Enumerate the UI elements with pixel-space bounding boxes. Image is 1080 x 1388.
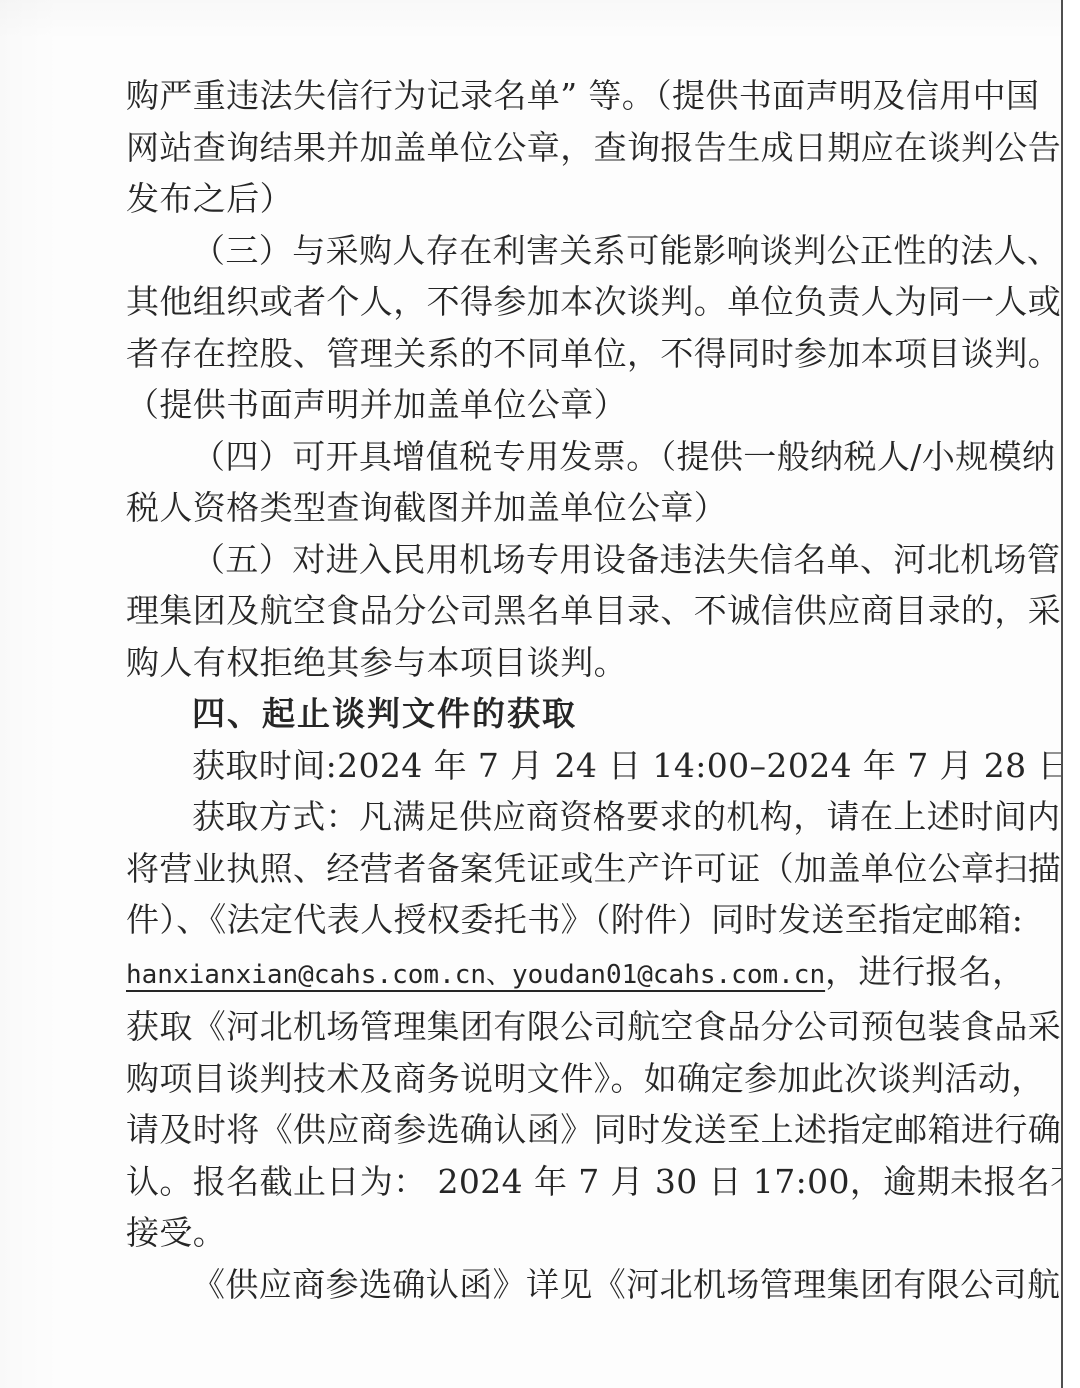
text-line: 《供应商参选确认函》详见《河北机场管理集团有限公司航	[126, 1259, 968, 1311]
text-segment: （四）可开具增值税专用发票。（提供一般纳税人/小规模纳	[192, 437, 1055, 476]
text-line: 购人有权拒绝其参与本项目谈判。	[126, 637, 968, 689]
text-segment: 其他组织或者个人，不得参加本次谈判。单位负责人为同一人或	[126, 282, 1061, 321]
text-line: 接受。	[126, 1207, 968, 1259]
text-segment: 购人有权拒绝其参与本项目谈判。	[126, 643, 627, 682]
text-segment: 认。报名截止日为： 2024 年 7 月 30 日 17:00，逾期未报名不再	[126, 1162, 1080, 1201]
text-line: 获取《河北机场管理集团有限公司航空食品分公司预包装食品采	[126, 1001, 968, 1053]
text-segment: 者存在控股、管理关系的不同单位，不得同时参加本项目谈判。	[126, 334, 1061, 373]
text-segment: （三）与采购人存在利害关系可能影响谈判公正性的法人、	[192, 231, 1060, 270]
text-line: 理集团及航空食品分公司黑名单目录、不诚信供应商目录的，采	[126, 585, 968, 637]
text-line: （三）与采购人存在利害关系可能影响谈判公正性的法人、	[126, 225, 968, 277]
text-line: 认。报名截止日为： 2024 年 7 月 30 日 17:00，逾期未报名不再	[126, 1156, 968, 1208]
text-segment: （五）对进入民用机场专用设备违法失信名单、河北机场管	[192, 540, 1060, 579]
text-line: 将营业执照、经营者备案凭证或生产许可证（加盖单位公章扫描	[126, 843, 968, 895]
text-line: 者存在控股、管理关系的不同单位，不得同时参加本项目谈判。	[126, 328, 968, 380]
page-edge-margin	[1063, 0, 1080, 1388]
text-segment: 购项目谈判技术及商务说明文件》。如确定参加此次谈判活动，	[126, 1059, 1045, 1098]
text-segment: 《供应商参选确认函》详见《河北机场管理集团有限公司航	[192, 1265, 1060, 1304]
section-heading: 四、起止谈判文件的获取	[126, 688, 968, 740]
text-segment: 请及时将《供应商参选确认函》同时发送至上述指定邮箱进行确	[126, 1110, 1061, 1149]
text-line: （五）对进入民用机场专用设备违法失信名单、河北机场管	[126, 534, 968, 586]
text-line: 件）、《法定代表人授权委托书》（附件）同时发送至指定邮箱:	[126, 894, 968, 946]
text-line: 发布之后）	[126, 173, 968, 225]
text-segment: 购严重违法失信行为记录名单” 等。（提供书面声明及信用中国	[126, 76, 1039, 115]
document-photo: 购严重违法失信行为记录名单” 等。（提供书面声明及信用中国网站查询结果并加盖单位…	[0, 0, 1080, 1388]
text-segment: 理集团及航空食品分公司黑名单目录、不诚信供应商目录的，采	[126, 591, 1061, 630]
text-segment: 接受。	[126, 1213, 226, 1252]
text-segment: 获取《河北机场管理集团有限公司航空食品分公司预包装食品采	[126, 1007, 1061, 1046]
text-segment: 获取时间:2024 年 7 月 24 日 14:00–2024 年 7 月 28…	[192, 746, 1080, 785]
text-segment: 发布之后）	[126, 179, 293, 218]
text-line: 购严重违法失信行为记录名单” 等。（提供书面声明及信用中国	[126, 70, 968, 122]
text-line: 其他组织或者个人，不得参加本次谈判。单位负责人为同一人或	[126, 276, 968, 328]
text-line: 税人资格类型查询截图并加盖单位公章）	[126, 482, 968, 534]
text-segment: 网站查询结果并加盖单位公章，查询报告生成日期应在谈判公告	[126, 128, 1061, 167]
page-edge-line	[1061, 0, 1063, 1388]
text-segment: 四、起止谈判文件的获取	[192, 694, 577, 733]
text-line: 网站查询结果并加盖单位公章，查询报告生成日期应在谈判公告	[126, 122, 968, 174]
text-line: 购项目谈判技术及商务说明文件》。如确定参加此次谈判活动，	[126, 1053, 968, 1105]
text-line: 获取时间:2024 年 7 月 24 日 14:00–2024 年 7 月 28…	[126, 740, 968, 792]
text-line: hanxianxian@cahs.com.cn、youdan01@cahs.co…	[126, 946, 968, 1002]
text-segment: 获取方式：凡满足供应商资格要求的机构，请在上述时间内	[192, 797, 1060, 836]
text-segment: 件）、《法定代表人授权委托书》（附件）同时发送至指定邮箱:	[126, 900, 1023, 939]
text-segment: 将营业执照、经营者备案凭证或生产许可证（加盖单位公章扫描	[126, 849, 1061, 888]
text-line: 请及时将《供应商参选确认函》同时发送至上述指定邮箱进行确	[126, 1104, 968, 1156]
text-line: （提供书面声明并加盖单位公章）	[126, 379, 968, 431]
document-text: 购严重违法失信行为记录名单” 等。（提供书面声明及信用中国网站查询结果并加盖单位…	[126, 70, 968, 1310]
text-segment: ，进行报名，	[825, 952, 1025, 991]
email-addresses: hanxianxian@cahs.com.cn、youdan01@cahs.co…	[126, 960, 825, 990]
text-segment: （提供书面声明并加盖单位公章）	[126, 385, 627, 424]
text-line: 获取方式：凡满足供应商资格要求的机构，请在上述时间内	[126, 791, 968, 843]
text-line: （四）可开具增值税专用发票。（提供一般纳税人/小规模纳	[126, 431, 968, 483]
text-segment: 税人资格类型查询截图并加盖单位公章）	[126, 488, 727, 527]
